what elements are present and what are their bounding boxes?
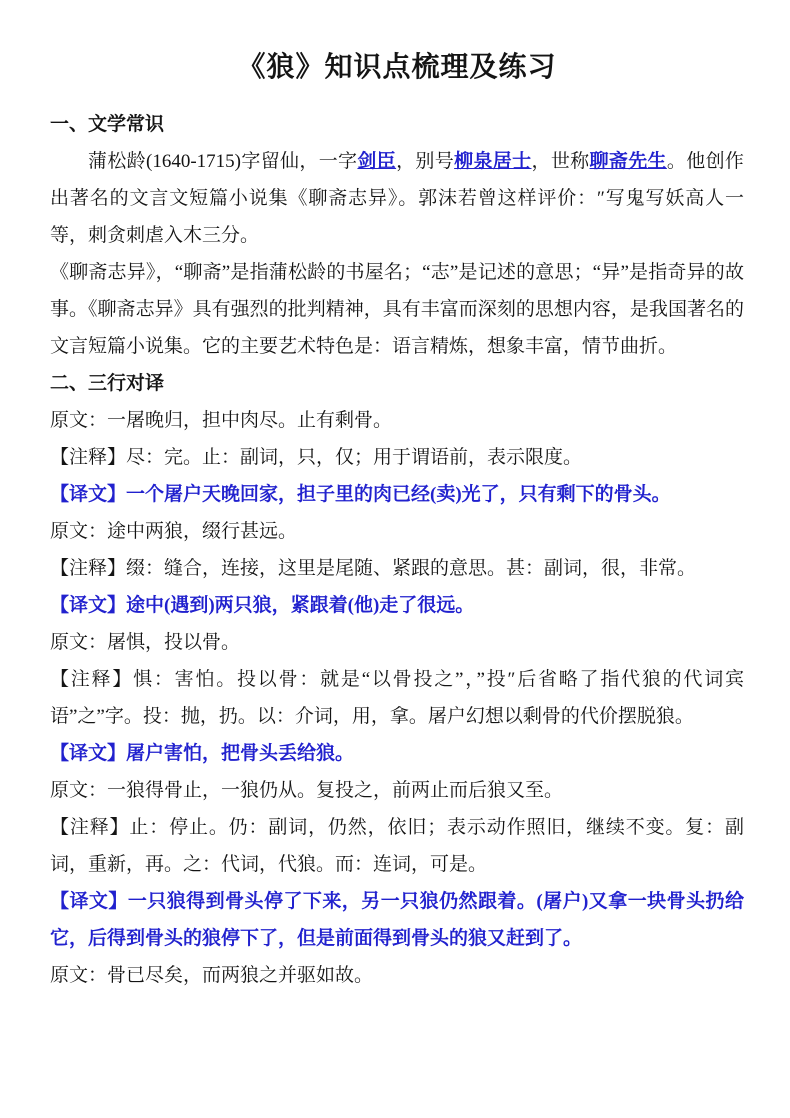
literature-paragraph-2: 《聊斋志异》，“聊斋”是指蒲松龄的书屋名；“志”是记述的意思；“异”是指奇异的故…	[50, 254, 744, 365]
section-heading-translation: 二、三行对译	[50, 365, 744, 402]
source-line-3: 原文：屠惧，投以骨。	[50, 624, 744, 661]
author-alias-link[interactable]: 柳泉居士	[454, 151, 531, 172]
source-line-1: 原文：一屠晚归，担中肉尽。止有剩骨。	[50, 402, 744, 439]
translation-line-4: 【译文】一只狼得到骨头停了下来，另一只狼仍然跟着。(屠户)又拿一块骨头扔给它，后…	[50, 883, 744, 957]
translation-line-1: 【译文】一个屠户天晚回家，担子里的肉已经(卖)光了，只有剩下的骨头。	[50, 476, 744, 513]
annotation-line-4: 【注释】止：停止。仍：副词，仍然，依旧；表示动作照旧，继续不变。复：副词，重新，…	[50, 809, 744, 883]
page-title: 《狼》知识点梳理及练习	[50, 48, 744, 88]
text-segment: ，世称	[532, 151, 590, 172]
translation-line-3: 【译文】屠户害怕，把骨头丢给狼。	[50, 735, 744, 772]
section-heading-literature: 一、文学常识	[50, 106, 744, 143]
document-page: 《狼》知识点梳理及练习 一、文学常识 蒲松龄(1640-1715)字留仙，一字剑…	[0, 0, 790, 1118]
author-alias-link[interactable]: 剑臣	[357, 151, 396, 172]
literature-paragraph-1: 蒲松龄(1640-1715)字留仙，一字剑臣，别号柳泉居士，世称聊斋先生。他创作…	[50, 143, 744, 254]
source-line-4: 原文：一狼得骨止，一狼仍从。复投之，前两止而后狼又至。	[50, 772, 744, 809]
annotation-line-1: 【注释】尽：完。止：副词，只，仅；用于谓语前，表示限度。	[50, 439, 744, 476]
text-segment: ，别号	[396, 151, 454, 172]
author-alias-link[interactable]: 聊斋先生	[590, 151, 667, 172]
annotation-line-3: 【注释】惧：害怕。投以骨：就是“以骨投之”，”投″后省略了指代狼的代词宾语”之”…	[50, 661, 744, 735]
annotation-line-2: 【注释】缀：缝合，连接，这里是尾随、紧跟的意思。甚：副词，很，非常。	[50, 550, 744, 587]
source-line-2: 原文：途中两狼，缀行甚远。	[50, 513, 744, 550]
text-segment: 蒲松龄(1640-1715)字留仙，一字	[88, 151, 357, 172]
translation-line-2: 【译文】途中(遇到)两只狼，紧跟着(他)走了很远。	[50, 587, 744, 624]
source-line-5: 原文：骨已尽矣，而两狼之并驱如故。	[50, 957, 744, 994]
